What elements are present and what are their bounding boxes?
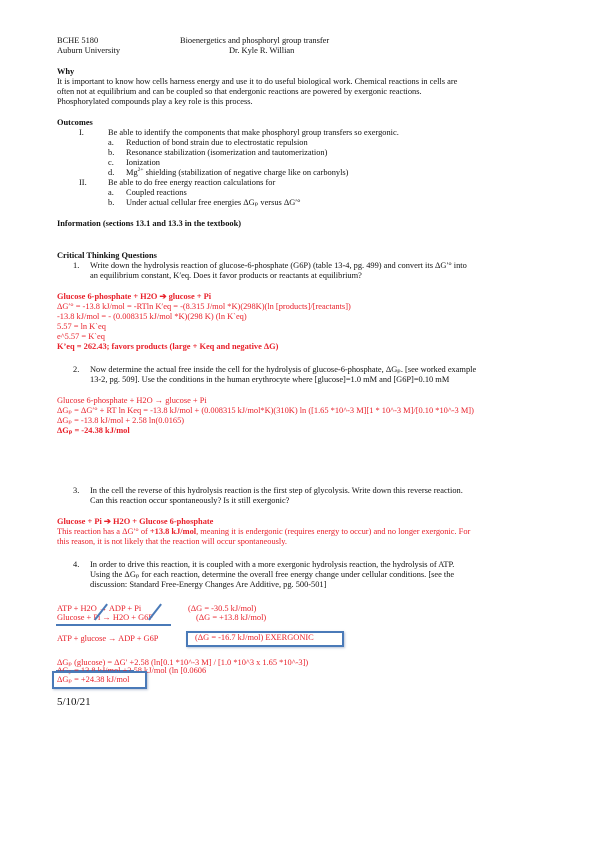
footer-date: 5/10/21 (57, 696, 91, 709)
outcome-text-1: Be able to identify the components that … (108, 128, 399, 138)
q1-answer-line-4: 5.57 = ln K`eq (57, 322, 106, 332)
q2-answer-reaction: Glucose 6-phosphate + H2O → glucose + Pi (57, 396, 207, 406)
outcome-1c-letter: c. (108, 158, 114, 168)
outcome-num-1: I. (79, 128, 84, 138)
q4-reaction-2: Glucose + Pi → H2O + G6P (57, 613, 153, 623)
q4-line-2: Using the ΔGₚ for each reaction, determi… (90, 570, 454, 580)
q1-answer-reaction: Glucose 6-phosphate + H2O ➔ glucose + Pi (57, 292, 211, 302)
mg-text: Mg (126, 168, 138, 177)
outcomes-heading: Outcomes (57, 118, 93, 128)
q2-answer-line-2: ΔGₚ = ΔG′° + RT ln Keq = -13.8 kJ/mol + … (57, 406, 474, 416)
document-page: BCHE 5180 Auburn University Bioenergetic… (0, 0, 595, 842)
q4-line-3: discussion: Standard Free-Energy Changes… (90, 580, 326, 590)
q1-answer-conclusion: K’eq = 262.43; favors products (large + … (57, 342, 278, 352)
information-heading: Information (sections 13.1 and 13.3 in t… (57, 219, 241, 229)
university: Auburn University (57, 46, 120, 56)
why-line-3: Phosphorylated compounds play a key role… (57, 97, 253, 107)
q1-answer-line-3: -13.8 kJ/mol = - (0.008315 kJ/mol *K)(29… (57, 312, 247, 322)
why-line-1: It is important to know how cells harnes… (57, 77, 457, 87)
outcome-1d: Mg2+ shielding (stabilization of negativ… (126, 168, 348, 178)
outcome-1b: Resonance stabilization (isomerization a… (126, 148, 327, 158)
q3-answer-post: , meaning it is endergonic (requires ene… (196, 527, 470, 536)
outcome-1d-letter: d. (108, 168, 114, 178)
outcome-text-2: Be able to do free energy reaction calcu… (108, 178, 275, 188)
q3-answer-reaction: Glucose + Pi ➔ H2O + Glucose 6-phosphate (57, 517, 213, 527)
q4-sum-reaction: ATP + glucose → ADP + G6P (57, 634, 158, 644)
outcome-2b: Under actual cellular free energies ΔGₚ … (126, 198, 300, 208)
q2-number: 2. (73, 365, 79, 375)
q1-answer-line-5: e^5.57 = K`eq (57, 332, 105, 342)
q1-line-2: an equilibrium constant, K′eq. Does it f… (90, 271, 362, 281)
q4-reaction-2-dg: (ΔG = +13.8 kJ/mol) (196, 613, 266, 623)
q4-number: 4. (73, 560, 79, 570)
outcome-2a-letter: a. (108, 188, 114, 198)
why-line-2: often not at equilibrium and can be coup… (57, 87, 422, 97)
q4-line-1: In order to drive this reaction, it is c… (90, 560, 454, 570)
sum-line (56, 624, 171, 626)
q3-number: 3. (73, 486, 79, 496)
q4-calc-result: ΔGₚ = +24.38 kJ/mol (57, 675, 129, 685)
q3-answer-value: +13.8 kJ/mol (150, 527, 196, 536)
document-title: Bioenergetics and phosphoryl group trans… (180, 36, 329, 46)
q2-line-1: Now determine the actual free inside the… (90, 365, 476, 375)
q1-number: 1. (73, 261, 79, 271)
q3-answer-line-2: this reason, it is not likely that the r… (57, 537, 287, 547)
why-heading: Why (57, 67, 74, 77)
outcome-1a-letter: a. (108, 138, 114, 148)
q3-line-2: Can this reaction occur spontaneously? I… (90, 496, 289, 506)
outcome-2b-letter: b. (108, 198, 114, 208)
q3-line-1: In the cell the reverse of this hydrolys… (90, 486, 463, 496)
cancel-mark-pi (148, 604, 162, 621)
outcome-num-2: II. (79, 178, 87, 188)
q2-line-2: 13-2, pg. 509]. Use the conditions in th… (90, 375, 449, 385)
q1-line-1: Write down the hydrolysis reaction of gl… (90, 261, 467, 271)
q2-answer-line-3: ΔGₚ = -13.8 kJ/mol + 2.58 ln(0.0165) (57, 416, 184, 426)
outcome-1b-letter: b. (108, 148, 114, 158)
outcome-2a: Coupled reactions (126, 188, 187, 198)
course-code: BCHE 5180 (57, 36, 98, 46)
outcome-1a: Reduction of bond strain due to electros… (126, 138, 308, 148)
q3-answer-line-1: This reaction has a ΔG′° of +13.8 kJ/mol… (57, 527, 470, 537)
ctq-heading: Critical Thinking Questions (57, 251, 157, 261)
q1-answer-line-2: ΔG′° = -13.8 kJ/mol = -RTln K′eq = -(8.3… (57, 302, 351, 312)
instructor: Dr. Kyle R. Willian (229, 46, 294, 56)
q3-answer-pre: This reaction has a ΔG′° of (57, 527, 150, 536)
q4-sum-dg: (ΔG = -16.7 kJ/mol) EXERGONIC (195, 633, 314, 643)
q2-answer-result: ΔGₚ = -24.38 kJ/mol (57, 426, 130, 436)
mg-rest: shielding (stabilization of negative cha… (144, 168, 349, 177)
